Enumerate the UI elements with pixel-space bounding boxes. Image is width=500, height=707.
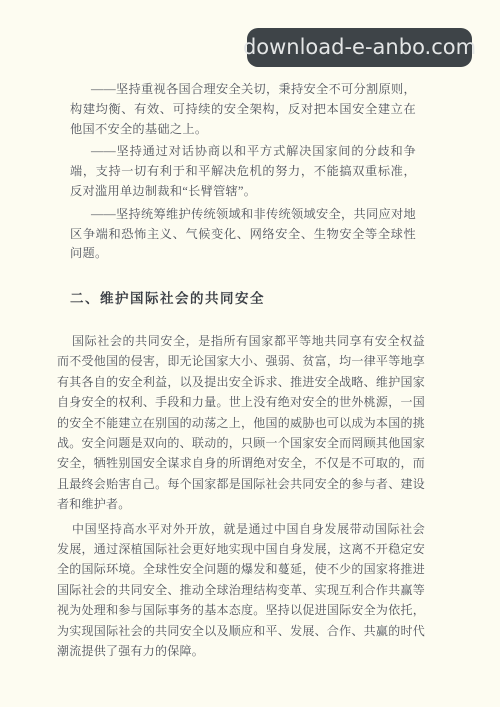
section-heading: 二、维护国际社会的共同安全: [70, 287, 265, 307]
document-page: download-e-anbo.com ——坚持重视各国合理安全关切，秉持安全不…: [0, 0, 500, 707]
dash-clause-block: ——坚持重视各国合理安全关切，秉持安全不可分割原则，构建均衡、有效、可持续的安全…: [70, 80, 416, 267]
dash-paragraph: ——坚持通过对话协商以和平方式解决国家间的分歧和争端，支持一切有利于和平解决危机…: [70, 142, 416, 201]
body-text-block: 国际社会的共同安全，是指所有国家都平等地共同享有安全权益而不受他国的侵害，即无论…: [57, 331, 425, 666]
body-paragraph: 中国坚持高水平对外开放，就是通过中国自身发展带动国际社会发展，通过深植国际社会更…: [57, 519, 425, 662]
watermark-badge: download-e-anbo.com: [247, 28, 472, 67]
dash-paragraph: ——坚持重视各国合理安全关切，秉持安全不可分割原则，构建均衡、有效、可持续的安全…: [70, 80, 416, 139]
dash-paragraph: ——坚持统筹维护传统领域和非传统领域安全，共同应对地区争端和恐怖主义、气候变化、…: [70, 205, 416, 264]
body-paragraph: 国际社会的共同安全，是指所有国家都平等地共同享有安全权益而不受他国的侵害，即无论…: [57, 331, 425, 515]
watermark-label: download-e-anbo.com: [243, 37, 476, 58]
